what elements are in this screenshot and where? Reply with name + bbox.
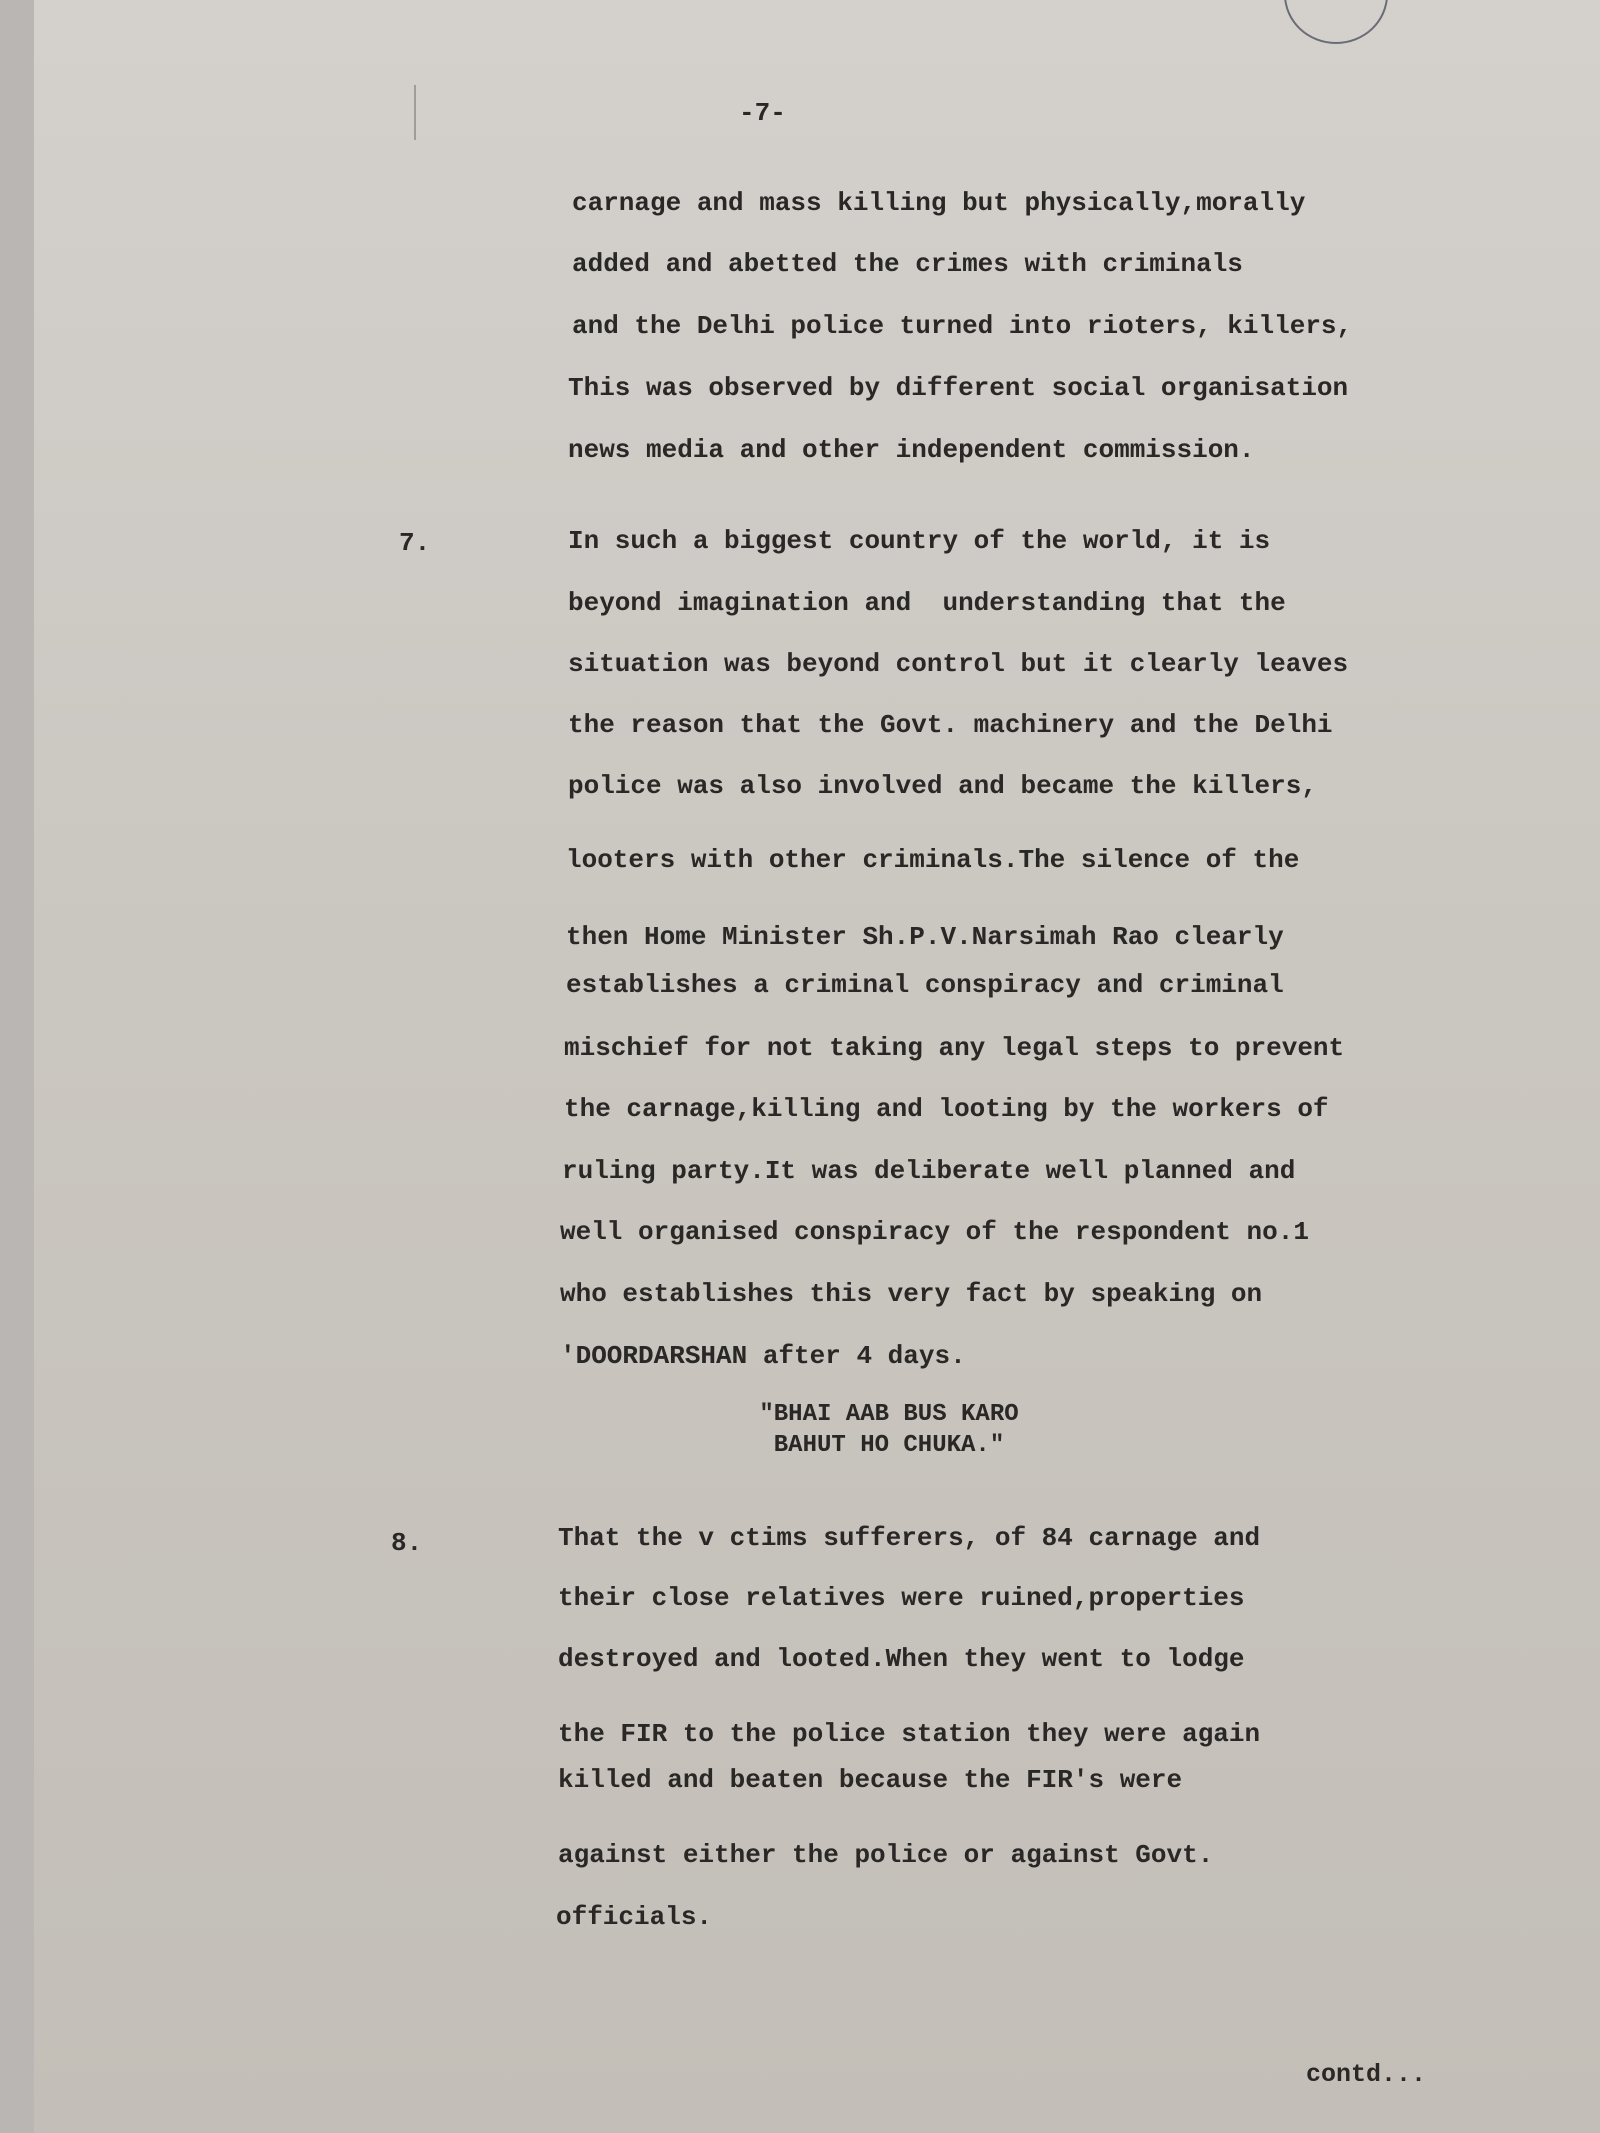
text-line: who establishes this very fact by speaki… bbox=[560, 1279, 1262, 1309]
text-line: their close relatives were ruined,proper… bbox=[558, 1583, 1245, 1613]
text-line: carnage and mass killing but physically,… bbox=[572, 188, 1305, 218]
text-line: This was observed by different social or… bbox=[568, 373, 1348, 403]
quote-line: "BHAI AAB BUS KARO bbox=[739, 1401, 1039, 1428]
text-line: officials. bbox=[556, 1902, 712, 1932]
text-line: destroyed and looted.When they went to l… bbox=[558, 1644, 1245, 1674]
text-line: beyond imagination and understanding tha… bbox=[568, 588, 1286, 618]
handwritten-circle-mark bbox=[1284, 0, 1388, 44]
quote-line: BAHUT HO CHUKA." bbox=[739, 1432, 1039, 1459]
paragraph-number: 8. bbox=[391, 1528, 422, 1558]
text-line: then Home Minister Sh.P.V.Narsimah Rao c… bbox=[566, 922, 1284, 952]
text-line: police was also involved and became the … bbox=[568, 771, 1317, 801]
text-line: added and abetted the crimes with crimin… bbox=[572, 249, 1243, 279]
text-line: situation was beyond control but it clea… bbox=[568, 649, 1348, 679]
text-line: killed and beaten because the FIR's were bbox=[558, 1765, 1182, 1795]
text-line: the FIR to the police station they were … bbox=[558, 1719, 1260, 1749]
text-line: looters with other criminals.The silence… bbox=[566, 845, 1299, 875]
text-line: mischief for not taking any legal steps … bbox=[564, 1033, 1344, 1063]
text-line: against either the police or against Gov… bbox=[558, 1840, 1213, 1870]
text-line: In such a biggest country of the world, … bbox=[568, 526, 1270, 556]
text-line: 'DOORDARSHAN after 4 days. bbox=[560, 1341, 966, 1371]
paragraph-number: 7. bbox=[399, 528, 430, 558]
text-line: news media and other independent commiss… bbox=[568, 435, 1255, 465]
text-line: well organised conspiracy of the respond… bbox=[560, 1217, 1309, 1247]
document-page: -7- carnage and mass killing but physica… bbox=[34, 0, 1600, 2133]
text-line: establishes a criminal conspiracy and cr… bbox=[566, 970, 1284, 1000]
text-line: ruling party.It was deliberate well plan… bbox=[562, 1156, 1295, 1186]
page-number: -7- bbox=[739, 98, 786, 128]
continued-note: contd... bbox=[1306, 2060, 1426, 2089]
text-line: the reason that the Govt. machinery and … bbox=[568, 710, 1333, 740]
text-line: and the Delhi police turned into rioters… bbox=[572, 311, 1352, 341]
text-line: That the v ctims sufferers, of 84 carnag… bbox=[558, 1523, 1260, 1553]
margin-mark bbox=[414, 85, 416, 140]
text-line: the carnage,killing and looting by the w… bbox=[564, 1094, 1329, 1124]
